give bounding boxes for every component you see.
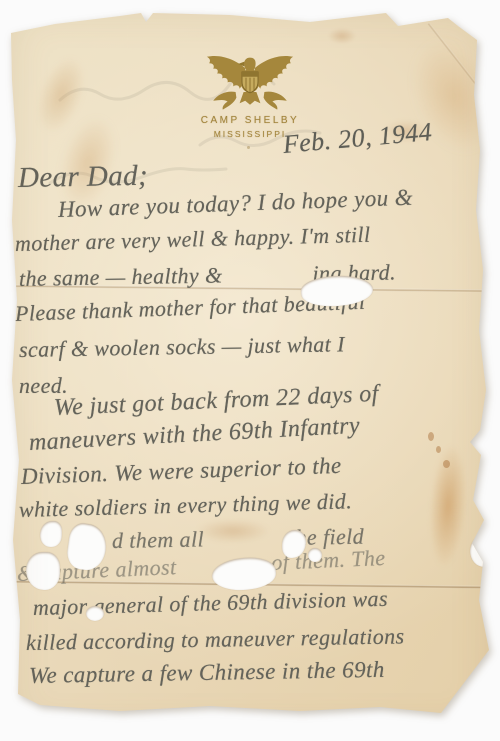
paper-shadow-wrap: CAMP SHELBY MISSISSIPPI Feb. 20, 1944 De…: [0, 0, 500, 741]
paper-hole: [86, 606, 104, 621]
letter-salutation: Dear Dad;: [18, 160, 149, 195]
line-text: the same — healthy &: [19, 262, 223, 291]
stain-speckle: [428, 432, 434, 441]
stain-speckle: [443, 460, 450, 468]
torn-gap: [223, 281, 313, 283]
handwritten-line: Division. We were superior to the: [21, 453, 342, 490]
paper-hole: [470, 535, 498, 567]
letterhead-mark: [247, 146, 250, 149]
handwritten-line: We capture a few Chinese in the 69th: [29, 657, 385, 689]
scan-background: CAMP SHELBY MISSISSIPPI Feb. 20, 1944 De…: [0, 0, 500, 741]
handwritten-line: killed according to maneuver regulations: [26, 623, 405, 656]
letter-paper: CAMP SHELBY MISSISSIPPI Feb. 20, 1944 De…: [0, 0, 500, 741]
paper-hole: [308, 548, 322, 562]
handwritten-line: white soldiers in every thing we did.: [19, 488, 353, 523]
handwritten-line: mother are very well & happy. I'm still: [15, 222, 371, 257]
handwritten-line: scarf & woolen socks — just what I: [19, 331, 345, 363]
stain: [328, 28, 356, 44]
camp-shelby-eagle-emblem-icon: [202, 48, 298, 112]
paper-hole: [26, 552, 60, 590]
stain-speckle: [436, 446, 441, 453]
line-text: d them all: [112, 526, 204, 553]
torn-gap: [204, 545, 289, 546]
paper-hole: [40, 521, 62, 547]
